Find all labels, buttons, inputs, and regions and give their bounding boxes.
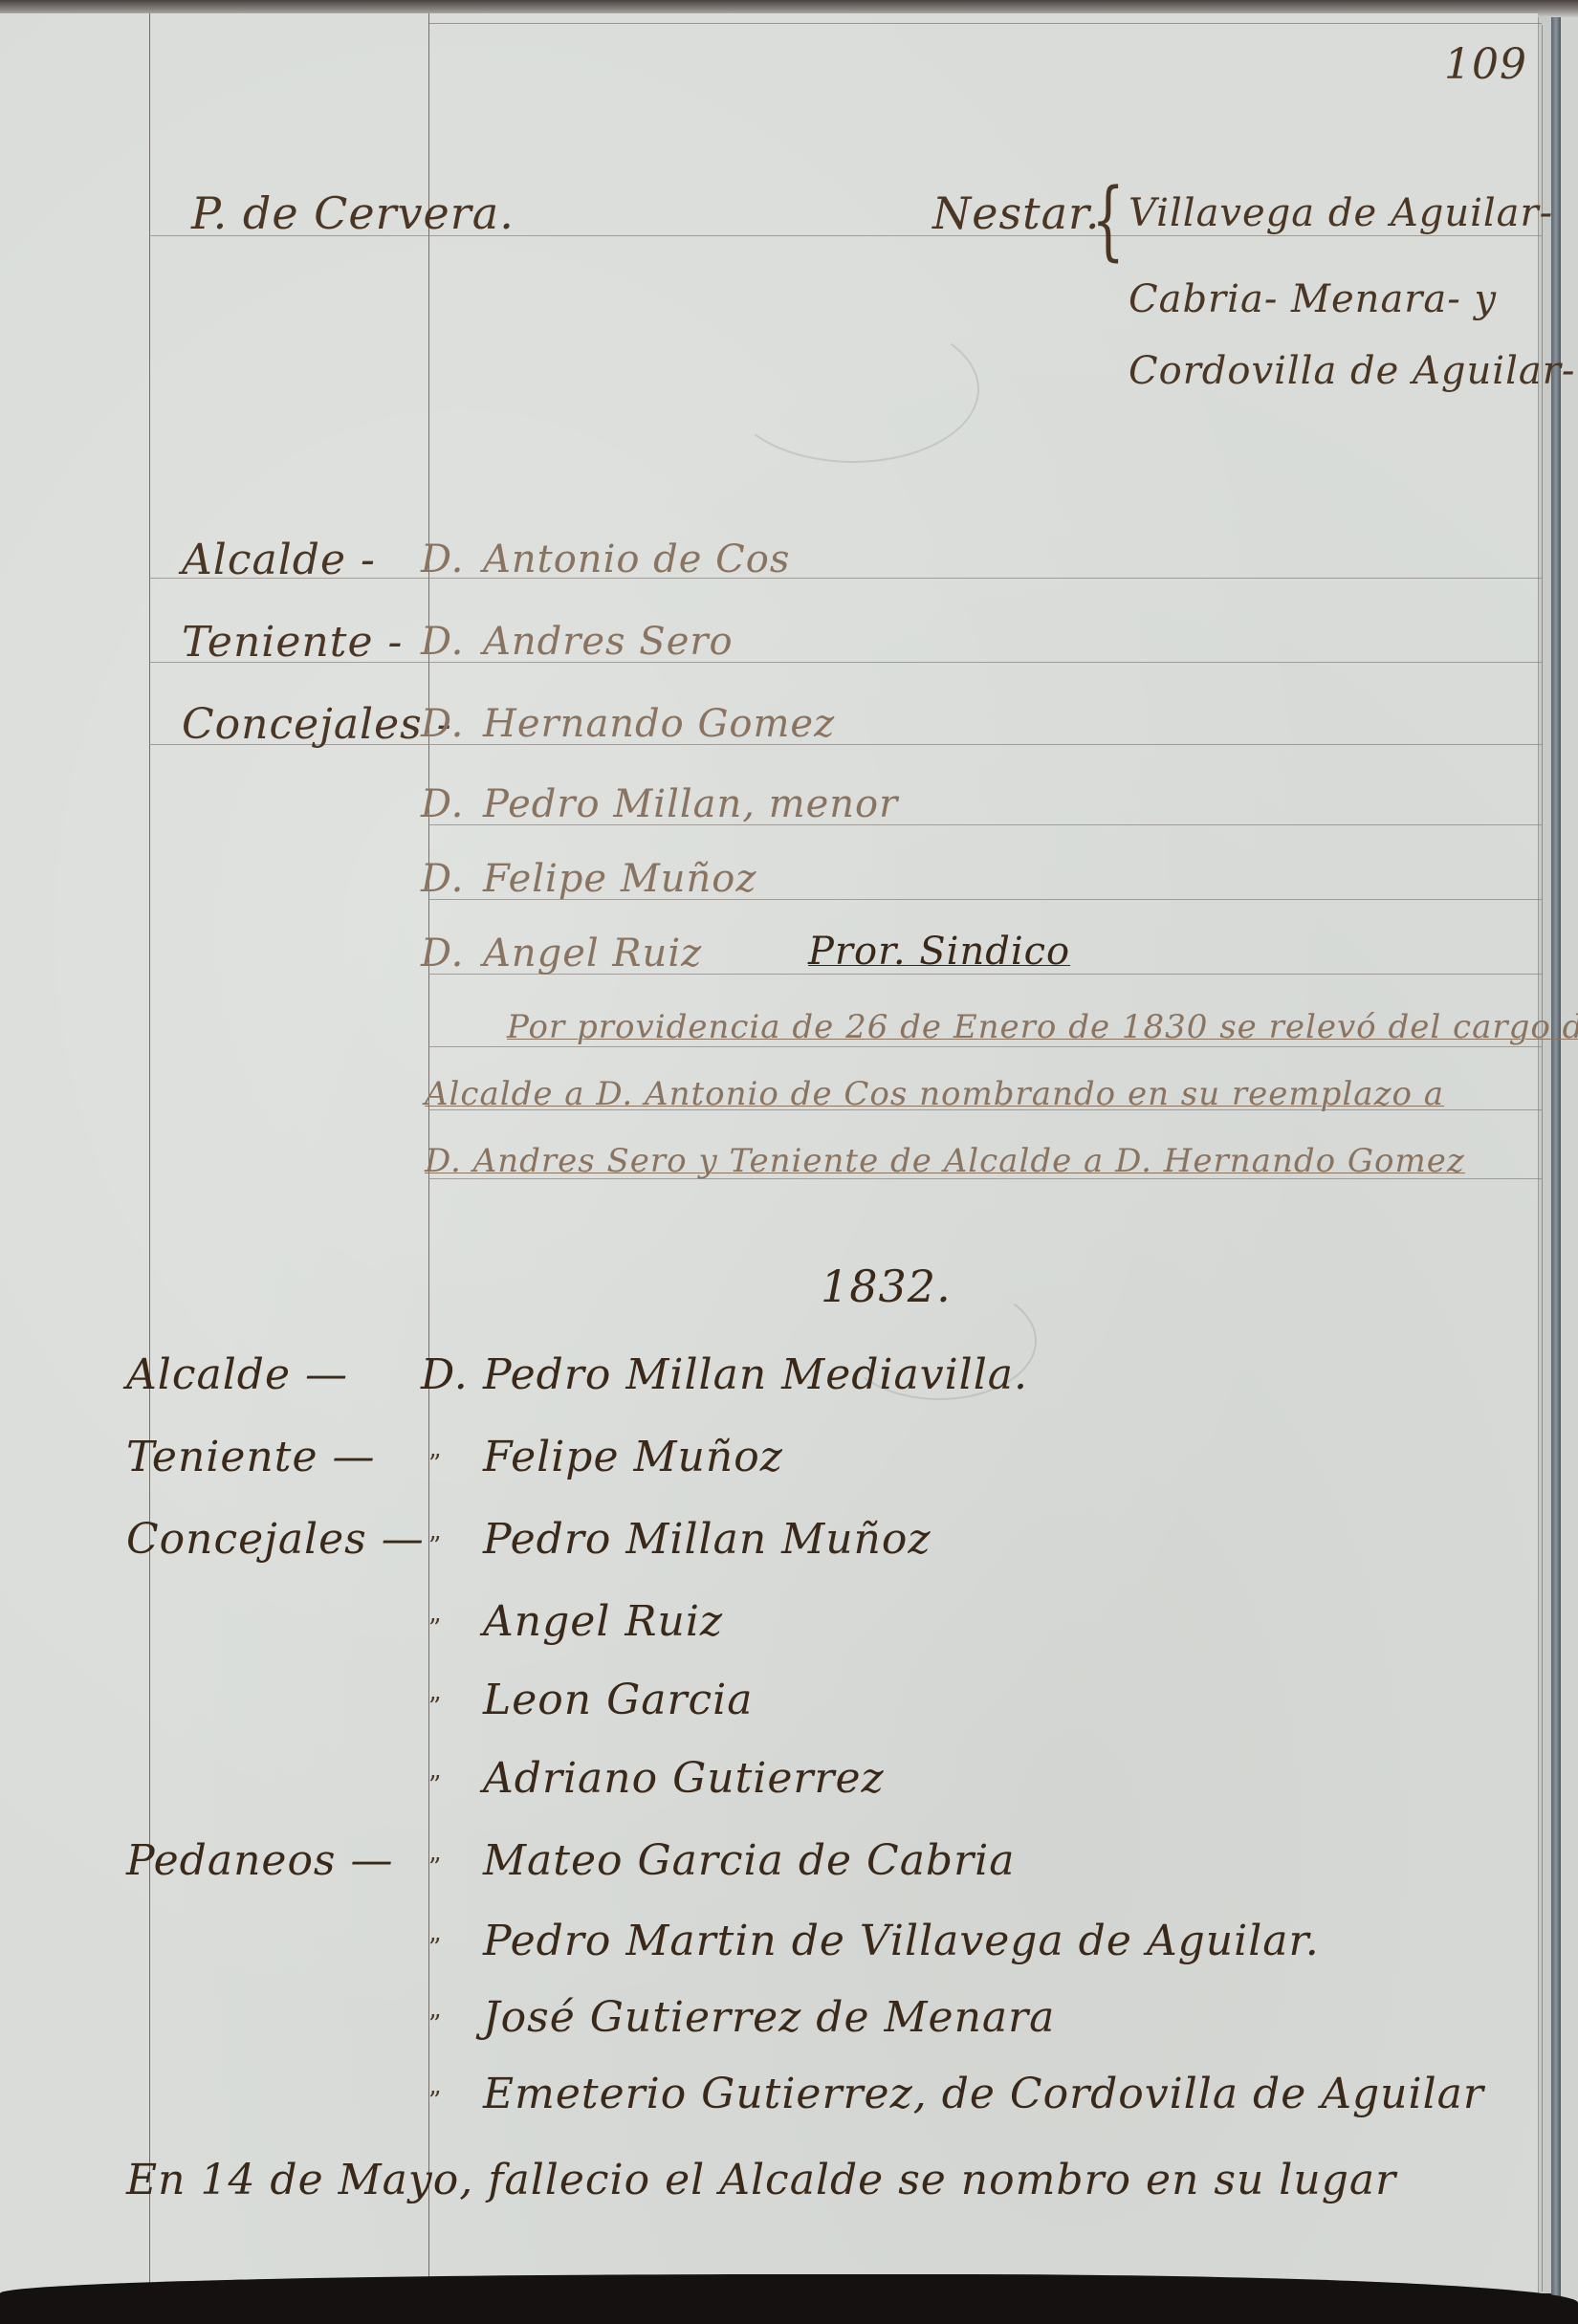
providencia-line: Alcalde a D. Antonio de Cos nombrando en… xyxy=(425,1075,1444,1113)
cargo-concejales: Concejales — xyxy=(126,1515,425,1564)
official-name: Leon Garcia xyxy=(483,1676,753,1724)
ditto-mark: ” xyxy=(428,2087,441,2116)
ditto-mark: ” xyxy=(428,1532,441,1561)
pueblo-3: Cordovilla de Aguilar- xyxy=(1129,349,1575,393)
cargo-alcalde: Alcalde - xyxy=(182,536,376,584)
providencia-line: D. Andres Sero y Teniente de Alcalde a D… xyxy=(425,1142,1465,1180)
official-name: Andres Sero xyxy=(483,620,734,664)
prefix: D. xyxy=(421,857,464,901)
brace-symbol: { xyxy=(1091,178,1124,264)
cargo-concejales: Concejales - xyxy=(182,700,452,749)
official-name: Pedro Millan Mediavilla. xyxy=(483,1350,1028,1399)
cargo-teniente: Teniente - xyxy=(182,618,403,667)
pueblo-2: Cabria- Menara- y xyxy=(1129,277,1497,321)
folio-number: 109 xyxy=(1444,40,1527,89)
prefix: D. xyxy=(421,537,464,581)
official-name: Hernando Gomez xyxy=(483,702,835,746)
pueblo-1: Villavega de Aguilar- xyxy=(1129,191,1553,235)
official-name: Pedro Millan Muñoz xyxy=(483,1515,931,1564)
ditto-mark: ” xyxy=(428,1693,441,1721)
ditto-mark: ” xyxy=(428,2010,441,2039)
ditto-mark: ” xyxy=(428,1450,441,1479)
official-name: Antonio de Cos xyxy=(483,537,790,581)
year-heading: 1832. xyxy=(821,1261,952,1312)
official-name: Angel Ruiz xyxy=(483,932,702,976)
official-name: Mateo Garcia de Cabria xyxy=(483,1836,1015,1885)
partido-label: P. de Cervera. xyxy=(191,187,515,239)
official-name: Felipe Muñoz xyxy=(483,857,756,901)
prefix: D. xyxy=(421,620,464,664)
official-name: José Gutierrez de Menara xyxy=(483,1993,1055,2042)
prefix: D. xyxy=(421,1350,469,1399)
page-bottom-shadow xyxy=(0,2274,1578,2324)
ruled-line xyxy=(428,1046,1542,1047)
ditto-mark: ” xyxy=(428,1934,441,1962)
ayuntamiento-label: Nestar. xyxy=(932,187,1101,239)
official-name: Adriano Gutierrez xyxy=(483,1754,885,1803)
official-name: Emeterio Gutierrez, de Cordovilla de Agu… xyxy=(483,2070,1484,2118)
cargo-pedaneos: Pedaneos — xyxy=(126,1836,394,1885)
prefix: D. xyxy=(421,702,464,746)
ditto-mark: ” xyxy=(428,1771,441,1800)
bleed-through-mark xyxy=(727,316,979,463)
closing-note: En 14 de Mayo, fallecio el Alcalde se no… xyxy=(126,2156,1396,2204)
official-name: Pedro Millan, menor xyxy=(483,782,898,826)
top-border-line xyxy=(428,23,1542,24)
official-name: Felipe Muñoz xyxy=(483,1433,783,1481)
cargo-alcalde: Alcalde — xyxy=(126,1350,348,1399)
official-name: Angel Ruiz xyxy=(483,1597,723,1646)
ditto-mark: ” xyxy=(428,1614,441,1643)
prefix: D. xyxy=(421,932,464,976)
prefix: D. xyxy=(421,782,464,826)
providencia-line: Por providencia de 26 de Enero de 1830 s… xyxy=(507,1008,1578,1046)
ditto-mark: ” xyxy=(428,1853,441,1882)
sindico-note: Pror. Sindico xyxy=(808,930,1070,974)
cargo-teniente: Teniente — xyxy=(126,1433,375,1481)
official-name: Pedro Martin de Villavega de Aguilar. xyxy=(483,1917,1320,1965)
left-margin-line xyxy=(149,13,150,2290)
